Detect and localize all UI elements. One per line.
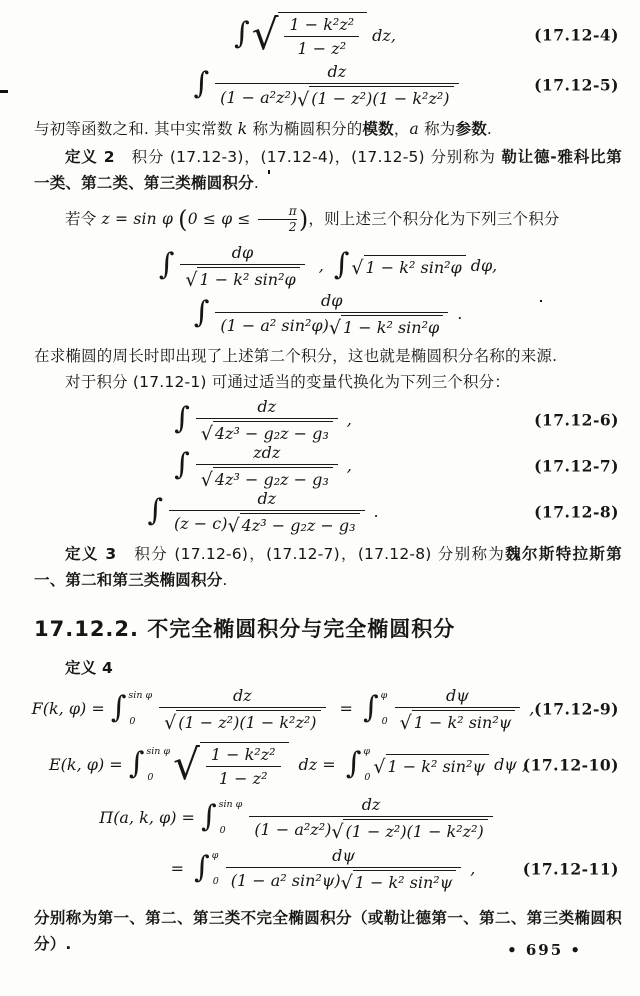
radicand: 1 − k² sin²φ (197, 267, 299, 289)
fraction-numerator: dψ (441, 686, 474, 706)
fraction-bar (226, 867, 462, 868)
fraction-denominator: 1 − z² (214, 768, 273, 788)
term-modulus: 模数 (362, 120, 393, 138)
fraction-numerator: dψ (327, 846, 360, 866)
fraction-numerator: 1 − k²z² (206, 745, 281, 765)
radical-icon: √ (185, 267, 197, 289)
paragraph-definition-3: 定义 3 积分 (17.12-6)，(17.12-7)，(17.12-8) 分别… (34, 541, 622, 593)
formula-phi-first-second: ∫ dφ √ 1 − k² sin²φ , ∫ √ 1 − k² sin²φ d… (34, 243, 622, 289)
section-title: 不完全椭圆积分与完全椭圆积分 (139, 617, 455, 641)
upper-limit: φ (212, 851, 219, 861)
fraction-numerator: 1 − k²z² (284, 15, 359, 35)
text: 称为 (419, 120, 456, 138)
radicand: 1 − k² sin²φ (364, 255, 466, 277)
fraction-numerator: dz (322, 62, 351, 82)
integral-icon: ∫ (234, 19, 250, 49)
var-a: a (410, 120, 419, 138)
text: ，则上述三个积分化为下列三个积分 (308, 210, 559, 228)
radical-icon: √ (201, 421, 213, 443)
lower-limit: 0 (128, 717, 152, 727)
integral-icon: ∫ (363, 693, 379, 723)
integral-icon: ∫ (174, 450, 190, 480)
radicand: 4z³ − g₂z − g₃ (240, 513, 360, 535)
fraction-numerator: dφ (227, 243, 258, 263)
section-heading: 17.12.2. 不完全椭圆积分与完全椭圆积分 (34, 613, 622, 643)
equation-number: (17.12-6) (534, 410, 619, 429)
radical-icon: √ (329, 315, 341, 337)
fraction-bar (169, 510, 364, 511)
fraction-bar (284, 36, 359, 37)
equals: = (171, 859, 184, 878)
paragraph-modulus: 与初等函数之和. 其中实常数 k 称为椭圆积分的模数，a 称为参数. (34, 116, 622, 142)
paragraph-definition-2: 定义 2 积分 (17.12-3)，(17.12-4)，(17.12-5) 分别… (34, 144, 622, 196)
denominator-factor: (1 − a² sin²φ) (220, 316, 329, 335)
equation-number: (17.12-11) (523, 859, 619, 878)
formula-17-12-6: ∫ dz √ 4z³ − g₂z − g₃ , (17.12-6) (34, 397, 622, 443)
lower-limit: 0 (146, 773, 170, 783)
lower-limit: 0 (381, 717, 388, 727)
fraction-numerator: dz (252, 397, 281, 417)
formula-17-12-10: E(k, φ) = ∫ sin φ0 √ 1 − k²z² 1 − z² dz … (34, 739, 622, 791)
fraction-bar (215, 312, 448, 313)
formula-tail: , (347, 456, 352, 475)
formula-17-12-5: ∫ dz (1 − a²z²) √ (1 − z²)(1 − k²z²) (17… (34, 62, 622, 108)
upper-limit: φ (363, 747, 370, 757)
text: 积分 (17.12-3)，(17.12-4)，(17.12-5) 分别称为 (115, 148, 502, 166)
text: 积分 (17.12-6)，(17.12-7)，(17.12-8) 分别称为 (116, 545, 505, 563)
equals: = (340, 699, 353, 718)
mid-equals: dz = (299, 755, 336, 774)
fraction-bar (159, 707, 325, 708)
radical-icon: √ (400, 710, 412, 732)
comma: , (319, 256, 324, 275)
radicand: 1 − k² sin²ψ (412, 710, 516, 732)
fraction-numerator: dφ (316, 291, 347, 311)
lower-limit: 0 (363, 773, 370, 783)
text: . (487, 120, 492, 138)
upper-limit: sin φ (128, 691, 152, 701)
fraction-bar (215, 83, 458, 84)
radicand: 4z³ − g₂z − g₃ (213, 421, 333, 443)
paragraph-definition-4: 定义 4 (34, 655, 622, 681)
radicand: (1 − z²)(1 − k²z²) (176, 710, 320, 732)
integral-icon: ∫ (194, 298, 210, 328)
left-paren: ( (178, 206, 188, 234)
equation-number: (17.12-10) (523, 755, 619, 774)
formula-tail: , (470, 859, 475, 878)
text: ， (394, 120, 410, 138)
term-parameter: 参数 (456, 120, 487, 138)
pi: π (258, 205, 297, 218)
def3-label: 定义 3 (65, 545, 116, 563)
right-paren: ) (299, 206, 309, 234)
text: 对于积分 (17.12-1) 可通过适当的变量代换化为下列三个积分： (65, 373, 510, 391)
two: 2 (258, 221, 297, 234)
def4-label: 定义 4 (65, 659, 113, 677)
integral-icon: ∫ (193, 69, 209, 99)
formula-phi-third: ∫ dφ (1 − a² sin²φ) √ 1 − k² sin²φ . (34, 291, 622, 337)
upper-limit: sin φ (219, 800, 243, 810)
fraction-bar (180, 264, 304, 265)
formula-17-12-8: ∫ dz (z − c) √ 4z³ − g₂z − g₃ . (17.12-8… (34, 489, 622, 535)
page-number: • 695 • (507, 941, 582, 959)
text: 若令 (65, 210, 102, 228)
lhs-E: E(k, φ) = (49, 755, 123, 774)
text: 在求椭圆的周长时即出现了上述第二个积分，这也就是椭圆积分名称的来源. (34, 347, 557, 365)
equation-number: (17.12-8) (534, 502, 619, 521)
lower-limit: 0 (212, 877, 219, 887)
fraction-bar (249, 816, 492, 817)
integral-icon: ∫ (174, 404, 190, 434)
upper-limit: φ (381, 691, 388, 701)
fraction-numerator: dz (228, 686, 257, 706)
formula-17-12-11-line1: Π(a, k, φ) = ∫ sin φ0 dz (1 − a²z²) √ (1… (34, 793, 622, 843)
var-k: k (238, 120, 248, 138)
radical-icon: √ (297, 86, 309, 108)
radical-icon: √ (227, 513, 239, 535)
radicand: (1 − z²)(1 − k²z²) (309, 86, 453, 108)
integral-icon: ∫ (111, 693, 127, 723)
integral-icon: ∫ (194, 853, 210, 883)
integral-icon: ∫ (159, 250, 175, 280)
math-z-sinphi: z = sin φ (102, 210, 179, 228)
radicand: 1 − k² sin²ψ (353, 870, 457, 892)
fraction-bar (395, 707, 521, 708)
radical-icon: √ (331, 819, 343, 841)
fraction-numerator: dz (252, 489, 281, 509)
radicand: 1 − k² sin²ψ (386, 754, 490, 776)
denominator-factor: (1 − a²z²) (220, 88, 297, 107)
radicand: (1 − z²)(1 − k²z²) (343, 819, 487, 841)
lhs-Pi: Π(a, k, φ) = (99, 808, 195, 827)
radical-icon: √ (201, 467, 213, 489)
formula-tail: , (347, 410, 352, 429)
book-page: ∫ √ 1 − k²z² 1 − z² dz, (17.12-4) ∫ dz (0, 0, 640, 996)
paragraph-transform: 对于积分 (17.12-1) 可通过适当的变量代换化为下列三个积分： (34, 369, 622, 395)
paragraph-origin: 在求椭圆的周长时即出现了上述第二个积分，这也就是椭圆积分名称的来源. (34, 343, 622, 369)
integral-icon: ∫ (346, 749, 362, 779)
fraction-bar (196, 464, 338, 465)
text: 称为椭圆积分的 (247, 120, 362, 138)
fraction-denominator: 1 − z² (293, 38, 352, 58)
text: 与初等函数之和. 其中实常数 (34, 120, 238, 138)
paragraph-substitution: 若令 z = sin φ (0 ≤ φ ≤ π2)，则上述三个积分化为下列三个积… (34, 200, 622, 239)
integral-icon: ∫ (334, 250, 350, 280)
formula-17-12-4: ∫ √ 1 − k²z² 1 − z² dz, (17.12-4) (34, 12, 622, 58)
formula-tail: dz, (372, 26, 396, 45)
integral-icon: ∫ (129, 749, 145, 779)
radical-icon: √ (373, 754, 385, 776)
fraction-numerator: dz (357, 795, 386, 815)
phi-range: 0 ≤ φ ≤ (188, 210, 256, 228)
integral-icon: ∫ (201, 802, 217, 832)
denominator-factor: (z − c) (174, 514, 227, 533)
denominator-factor: (1 − a² sin²ψ) (231, 871, 341, 890)
radical-icon: √ (164, 710, 176, 732)
equation-number: (17.12-9) (534, 699, 619, 718)
integral-icon: ∫ (147, 496, 163, 526)
fraction-bar (196, 418, 338, 419)
radical-icon: √ (252, 12, 279, 58)
radical-icon: √ (341, 870, 353, 892)
lhs-F: F(k, φ) = (32, 699, 105, 718)
formula-tail: dφ, (471, 256, 498, 275)
denominator-factor: (1 − a²z²) (254, 820, 331, 839)
lower-limit: 0 (219, 826, 243, 836)
scan-speck (268, 170, 270, 174)
equation-number: (17.12-4) (534, 26, 619, 45)
formula-17-12-9: F(k, φ) = ∫ sin φ0 dz √ (1 − z²)(1 − k²z… (34, 683, 622, 735)
formula-17-12-7: ∫ zdz √ 4z³ − g₂z − g₃ , (17.12-7) (34, 443, 622, 489)
section-number: 17.12.2. (34, 617, 139, 641)
fraction-bar (206, 766, 281, 767)
radicand: 4z³ − g₂z − g₃ (213, 467, 333, 489)
formula-17-12-11-line2: = ∫ φ0 dψ (1 − a² sin²ψ) √ 1 − k² sin²ψ … (34, 843, 622, 895)
fraction-numerator: zdz (248, 443, 285, 463)
radical-icon: √ (173, 742, 200, 788)
equation-number: (17.12-5) (534, 76, 619, 95)
def2-label: 定义 2 (65, 148, 115, 166)
radical-icon: √ (351, 255, 363, 277)
text: . (222, 571, 227, 589)
upper-limit: sin φ (146, 747, 170, 757)
formula-tail: . (374, 502, 379, 521)
radicand: 1 − k² sin²φ (341, 315, 443, 337)
text: . (254, 174, 259, 192)
formula-tail: . (457, 304, 462, 323)
equation-number: (17.12-7) (534, 456, 619, 475)
scan-speck (0, 90, 8, 93)
